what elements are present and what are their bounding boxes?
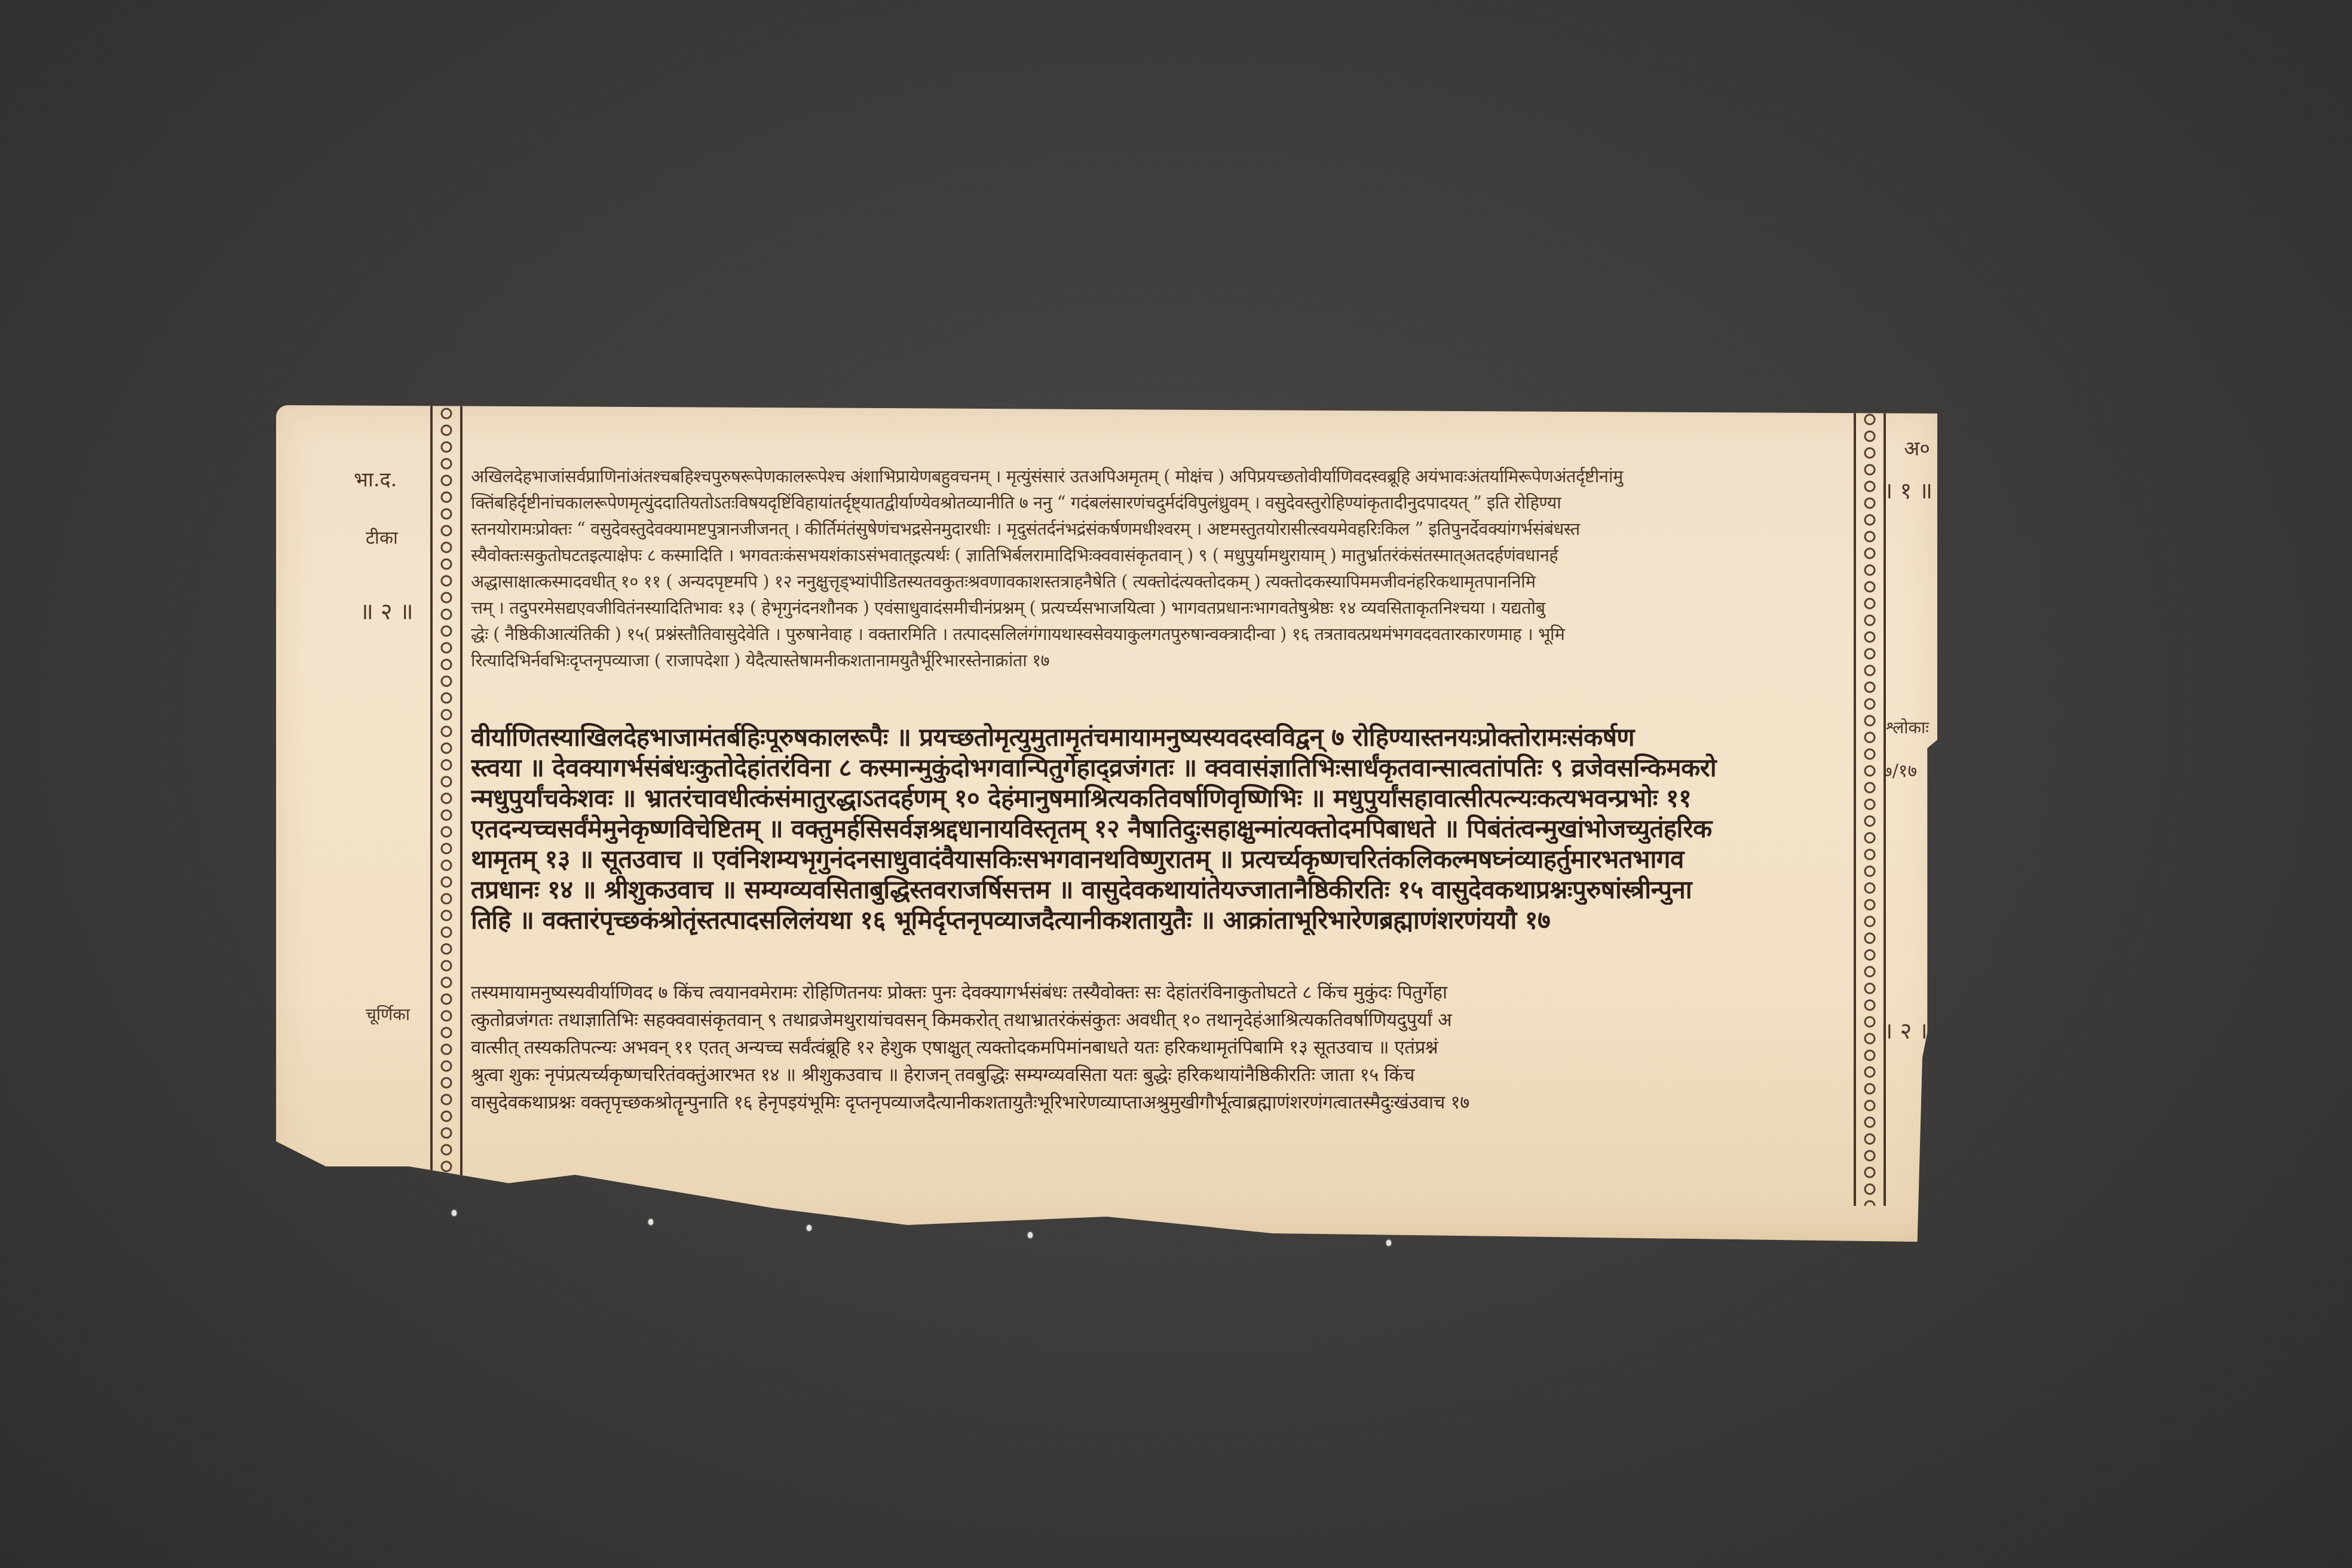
verse-line: न्मधुपुर्यांचकेशवः ॥ भ्रातरंचावधीत्कंसंम… xyxy=(471,783,1848,813)
teeka-line: स्तनयोरामःप्रोक्तः “ वसुदेवस्तुदेवक्यामष… xyxy=(471,516,1848,542)
verse-line: एतदन्यच्चसर्वंमेमुनेकृष्णविचेष्टितम् ॥ व… xyxy=(471,813,1848,844)
mounting-pin xyxy=(807,1225,811,1231)
left-margin-page-marker: ॥ २ ॥ xyxy=(360,595,413,626)
right-margin-adhyaya: अ० xyxy=(1904,434,1930,461)
churnika-line: त्कुतोव्रजंगतः तथाज्ञातिभिः सहक्ववासंकृत… xyxy=(471,1006,1848,1034)
mounting-pin xyxy=(648,1219,653,1225)
verse-line: तिहि ॥ वक्तारंपृच्छकंश्रोतॄंस्तत्पादसलिल… xyxy=(471,905,1848,935)
right-margin-page-marker: ॥ २ ॥ xyxy=(1879,1015,1933,1046)
left-ornamental-border xyxy=(430,405,463,1206)
verse-line: वीर्याणितस्याखिलदेहभाजामंतर्बहिःपूरुषकाल… xyxy=(471,722,1848,752)
mounting-pin xyxy=(1386,1240,1391,1246)
churnika-line: वासुदेवकथाप्रश्नः वक्तृपृच्छकश्रोतॄन्पुन… xyxy=(471,1089,1848,1116)
right-ornamental-border xyxy=(1854,411,1886,1206)
churnika-commentary-block: तस्यमायामनुष्यस्यवीर्याणिवद ७ किंच त्वया… xyxy=(471,979,1848,1116)
teeka-line: अखिलदेहभाजांसर्वप्राणिनांअंतश्चबहिश्चपुर… xyxy=(471,463,1848,489)
churnika-line: तस्यमायामनुष्यस्यवीर्याणिवद ७ किंच त्वया… xyxy=(471,979,1848,1006)
verse-line: स्त्वया ॥ देवक्यागर्भसंबंधःकुतोदेहांतरंव… xyxy=(471,752,1848,783)
teeka-commentary-block: अखिलदेहभाजांसर्वप्राणिनांअंतश्चबहिश्चपुर… xyxy=(471,463,1848,673)
teeka-line: द्धेः ( नैष्ठिकीआत्यंतिकी ) १५( प्रश्नंस… xyxy=(471,621,1848,647)
manuscript-page: भा.द. टीका ॥ २ ॥ चूर्णिका अ० ॥ १ ॥ श्लोक… xyxy=(276,405,1937,1242)
verse-line: थामृतम् १३ ॥ सूतउवाच ॥ एवंनिशम्यभृगुनंदन… xyxy=(471,844,1848,874)
right-margin-shloka-range: ७/१७ xyxy=(1883,758,1917,782)
churnika-line: श्रुत्वा शुकः नृपंप्रत्यर्च्यकृष्णचरितंव… xyxy=(471,1061,1848,1089)
verse-line: तप्रधानः १४ ॥ श्रीशुकउवाच ॥ सम्यग्व्यवसि… xyxy=(471,874,1848,905)
left-margin-churnika-label: चूर्णिका xyxy=(366,1003,410,1025)
main-verse-block: वीर्याणितस्याखिलदेहभाजामंतर्बहिःपूरुषकाल… xyxy=(471,722,1848,935)
teeka-line: रित्यादिभिर्नवभिःदृप्तनृपव्याजा ( राजापद… xyxy=(471,647,1848,673)
mounting-pin xyxy=(1028,1232,1033,1238)
teeka-line: स्यैवोक्तःसकुतोघटतइत्याक्षेपः ८ कस्मादित… xyxy=(471,542,1848,568)
right-margin-adhyaya-number: ॥ १ ॥ xyxy=(1879,474,1933,506)
churnika-line: वात्सीत् तस्यकतिपत्न्यः अभवन् ११ एतत् अन… xyxy=(471,1034,1848,1061)
teeka-line: त्तम् । तदुपरमेसद्यएवजीवितंनस्यादितिभावः… xyxy=(471,595,1848,621)
left-margin-teeka-label: टीका xyxy=(366,525,398,549)
right-margin-shlokah-label: श्लोकाः xyxy=(1886,716,1929,739)
mounting-pin xyxy=(452,1210,457,1216)
teeka-line: अद्धासाक्षात्कस्मादवधीत् १० ११ ( अन्यदपृ… xyxy=(471,568,1848,595)
teeka-line: क्तिंबहिर्दृष्टीनांचकालरूपेणमृत्युंददाति… xyxy=(471,489,1848,516)
left-margin-title: भा.द. xyxy=(354,465,397,492)
